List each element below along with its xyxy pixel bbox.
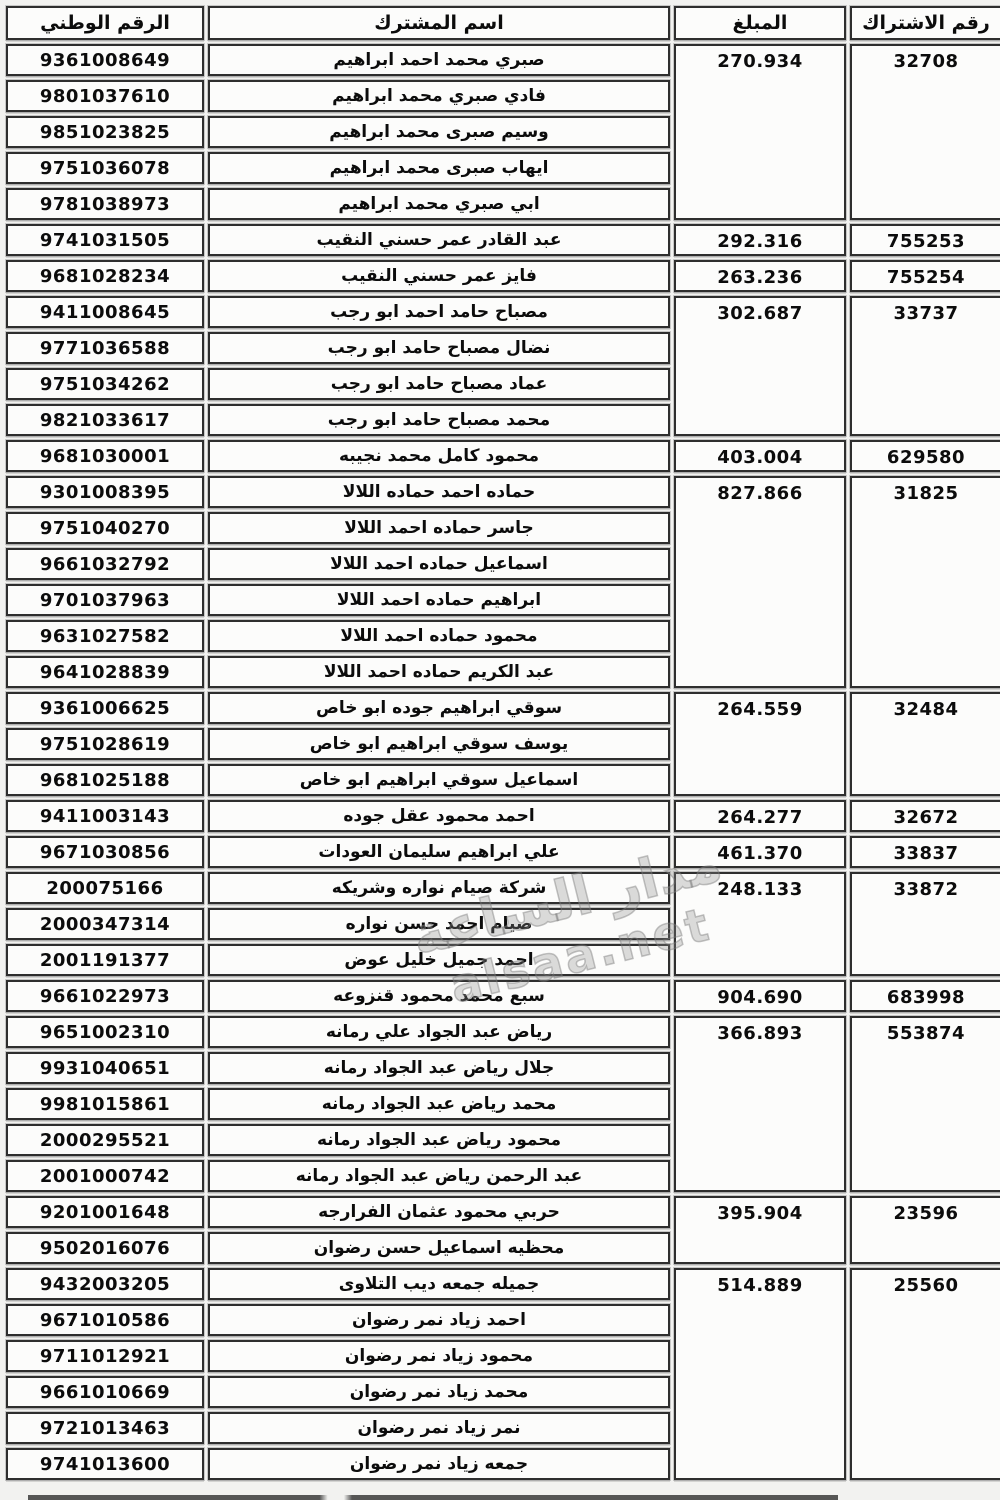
subscriber-name-cell: محظيه اسماعيل حسن رضوان [208, 1232, 670, 1264]
amount-cell: 395.904 [674, 1196, 846, 1264]
national-id-cell: 9661032792 [6, 548, 204, 580]
table-row: 32708270.934صبري محمد احمد ابراهيم936100… [6, 44, 1000, 76]
national-id-cell: 9741031505 [6, 224, 204, 256]
national-id-cell: 9502016076 [6, 1232, 204, 1264]
subscription-number-cell: 755254 [850, 260, 1000, 292]
subscriber-name-cell: محمود حماده احمد اللالا [208, 620, 670, 652]
national-id-cell: 9651002310 [6, 1016, 204, 1048]
subscriber-name-cell: عماد مصباح حامد ابو رجب [208, 368, 670, 400]
national-id-cell: 9671010586 [6, 1304, 204, 1336]
table-row: 755253292.316عبد القادر عمر حسني النقيب9… [6, 224, 1000, 256]
subscriber-name-cell: صيام احمد حسن نواره [208, 908, 670, 940]
national-id-cell: 9681025188 [6, 764, 204, 796]
national-id-cell: 9931040651 [6, 1052, 204, 1084]
national-id-cell: 9821033617 [6, 404, 204, 436]
national-id-cell: 9661022973 [6, 980, 204, 1012]
header-amount: المبلغ [674, 6, 846, 40]
table-header: رقم الاشتراك المبلغ اسم المشترك الرقم ال… [6, 6, 1000, 40]
amount-cell: 827.866 [674, 476, 846, 688]
table-row: 23596395.904حربي محمود عثمان الفرارجه920… [6, 1196, 1000, 1228]
subscription-number-cell: 31825 [850, 476, 1000, 688]
subscriber-name-cell: عبد الرحمن رياض عبد الجواد رمانه [208, 1160, 670, 1192]
table-row: 33872248.133شركة صيام نواره وشريكه200075… [6, 872, 1000, 904]
subscription-number-cell: 32672 [850, 800, 1000, 832]
national-id-cell: 9361006625 [6, 692, 204, 724]
amount-cell: 904.690 [674, 980, 846, 1012]
amount-cell: 270.934 [674, 44, 846, 220]
subscribers-table: رقم الاشتراك المبلغ اسم المشترك الرقم ال… [2, 2, 1000, 1484]
amount-cell: 366.893 [674, 1016, 846, 1192]
subscriber-name-cell: صبري محمد احمد ابراهيم [208, 44, 670, 76]
national-id-cell: 9411003143 [6, 800, 204, 832]
national-id-cell: 9771036588 [6, 332, 204, 364]
subscription-number-cell: 683998 [850, 980, 1000, 1012]
national-id-cell: 2000347314 [6, 908, 204, 940]
scan-artifact [28, 1495, 838, 1500]
national-id-cell: 9751036078 [6, 152, 204, 184]
table-row: 32672264.277احمد محمود عقل جوده941100314… [6, 800, 1000, 832]
subscription-number-cell: 629580 [850, 440, 1000, 472]
amount-cell: 264.559 [674, 692, 846, 796]
national-id-cell: 2001000742 [6, 1160, 204, 1192]
subscriber-name-cell: محمد مصباح حامد ابو رجب [208, 404, 670, 436]
table-row: 553874366.893رياض عبد الجواد علي رمانه96… [6, 1016, 1000, 1048]
amount-cell: 514.889 [674, 1268, 846, 1480]
subscription-number-cell: 553874 [850, 1016, 1000, 1192]
table-row: 629580403.004محمود كامل محمد نجيبه968103… [6, 440, 1000, 472]
national-id-cell: 9671030856 [6, 836, 204, 868]
subscriber-name-cell: اسماعيل حماده احمد اللالا [208, 548, 670, 580]
amount-cell: 461.370 [674, 836, 846, 868]
national-id-cell: 9201001648 [6, 1196, 204, 1228]
scanned-document-page: رقم الاشتراك المبلغ اسم المشترك الرقم ال… [0, 0, 1000, 1500]
subscription-number-cell: 33737 [850, 296, 1000, 436]
amount-cell: 302.687 [674, 296, 846, 436]
national-id-cell: 9801037610 [6, 80, 204, 112]
national-id-cell: 9681030001 [6, 440, 204, 472]
subscriber-name-cell: محمود زياد نمر رضوان [208, 1340, 670, 1372]
subscriber-name-cell: رياض عبد الجواد علي رمانه [208, 1016, 670, 1048]
subscriber-name-cell: فايز عمر حسني النقيب [208, 260, 670, 292]
subscriber-name-cell: مصباح حامد احمد ابو رجب [208, 296, 670, 328]
national-id-cell: 9301008395 [6, 476, 204, 508]
subscriber-name-cell: نمر زياد نمر رضوان [208, 1412, 670, 1444]
subscriber-name-cell: محمد رياض عبد الجواد رمانه [208, 1088, 670, 1120]
subscriber-name-cell: علي ابراهيم سليمان العودات [208, 836, 670, 868]
national-id-cell: 9981015861 [6, 1088, 204, 1120]
subscriber-name-cell: محمود رياض عبد الجواد رمانه [208, 1124, 670, 1156]
national-id-cell: 2000295521 [6, 1124, 204, 1156]
subscriber-name-cell: ايهاب صبرى محمد ابراهيم [208, 152, 670, 184]
subscriber-name-cell: جميله جمعه ديب التلاوى [208, 1268, 670, 1300]
header-subscriber-name: اسم المشترك [208, 6, 670, 40]
subscription-number-cell: 32708 [850, 44, 1000, 220]
subscriber-name-cell: احمد جميل خليل عوض [208, 944, 670, 976]
amount-cell: 248.133 [674, 872, 846, 976]
national-id-cell: 9432003205 [6, 1268, 204, 1300]
subscription-number-cell: 755253 [850, 224, 1000, 256]
subscriber-name-cell: محمود كامل محمد نجيبه [208, 440, 670, 472]
national-id-cell: 9781038973 [6, 188, 204, 220]
subscriber-name-cell: سوقي ابراهيم جوده ابو خاص [208, 692, 670, 724]
national-id-cell: 200075166 [6, 872, 204, 904]
table-body: 32708270.934صبري محمد احمد ابراهيم936100… [6, 44, 1000, 1480]
subscription-number-cell: 25560 [850, 1268, 1000, 1480]
national-id-cell: 9641028839 [6, 656, 204, 688]
amount-cell: 263.236 [674, 260, 846, 292]
national-id-cell: 2001191377 [6, 944, 204, 976]
table-row: 683998904.690سبع محمد محمود قنزوعه966102… [6, 980, 1000, 1012]
amount-cell: 292.316 [674, 224, 846, 256]
header-national-id: الرقم الوطني [6, 6, 204, 40]
subscriber-name-cell: عبد الكريم حماده احمد اللالا [208, 656, 670, 688]
subscriber-name-cell: احمد زياد نمر رضوان [208, 1304, 670, 1336]
national-id-cell: 9681028234 [6, 260, 204, 292]
national-id-cell: 9721013463 [6, 1412, 204, 1444]
subscription-number-cell: 32484 [850, 692, 1000, 796]
national-id-cell: 9851023825 [6, 116, 204, 148]
national-id-cell: 9411008645 [6, 296, 204, 328]
header-row: رقم الاشتراك المبلغ اسم المشترك الرقم ال… [6, 6, 1000, 40]
subscription-number-cell: 33872 [850, 872, 1000, 976]
subscriber-name-cell: نضال مصباح حامد ابو رجب [208, 332, 670, 364]
subscriber-name-cell: شركة صيام نواره وشريكه [208, 872, 670, 904]
subscriber-name-cell: جاسر حماده احمد اللالا [208, 512, 670, 544]
amount-cell: 264.277 [674, 800, 846, 832]
table-row: 25560514.889جميله جمعه ديب التلاوى943200… [6, 1268, 1000, 1300]
national-id-cell: 9661010669 [6, 1376, 204, 1408]
national-id-cell: 9361008649 [6, 44, 204, 76]
table-row: 33837461.370علي ابراهيم سليمان العودات96… [6, 836, 1000, 868]
subscriber-name-cell: يوسف سوقي ابراهيم ابو خاص [208, 728, 670, 760]
subscriber-name-cell: جمعه زياد نمر رضوان [208, 1448, 670, 1480]
national-id-cell: 9701037963 [6, 584, 204, 616]
subscriber-name-cell: جلال رياض عبد الجواد رمانه [208, 1052, 670, 1084]
subscriber-name-cell: عبد القادر عمر حسني النقيب [208, 224, 670, 256]
subscriber-name-cell: فادي صبري محمد ابراهيم [208, 80, 670, 112]
subscriber-name-cell: سبع محمد محمود قنزوعه [208, 980, 670, 1012]
subscription-number-cell: 23596 [850, 1196, 1000, 1264]
national-id-cell: 9751034262 [6, 368, 204, 400]
subscriber-name-cell: حماده احمد حماده اللالا [208, 476, 670, 508]
subscriber-name-cell: وسيم صبرى محمد ابراهيم [208, 116, 670, 148]
national-id-cell: 9741013600 [6, 1448, 204, 1480]
amount-cell: 403.004 [674, 440, 846, 472]
table-row: 31825827.866حماده احمد حماده اللالا93010… [6, 476, 1000, 508]
table-row: 33737302.687مصباح حامد احمد ابو رجب94110… [6, 296, 1000, 328]
subscriber-name-cell: محمد زياد نمر رضوان [208, 1376, 670, 1408]
table-row: 755254263.236فايز عمر حسني النقيب9681028… [6, 260, 1000, 292]
national-id-cell: 9631027582 [6, 620, 204, 652]
national-id-cell: 9751028619 [6, 728, 204, 760]
subscription-number-cell: 33837 [850, 836, 1000, 868]
national-id-cell: 9711012921 [6, 1340, 204, 1372]
header-subscription-number: رقم الاشتراك [850, 6, 1000, 40]
table-row: 32484264.559سوقي ابراهيم جوده ابو خاص936… [6, 692, 1000, 724]
subscriber-name-cell: حربي محمود عثمان الفرارجه [208, 1196, 670, 1228]
subscriber-name-cell: ابراهيم حماده احمد اللالا [208, 584, 670, 616]
subscriber-name-cell: احمد محمود عقل جوده [208, 800, 670, 832]
national-id-cell: 9751040270 [6, 512, 204, 544]
subscriber-name-cell: ابي صبري محمد ابراهيم [208, 188, 670, 220]
subscriber-name-cell: اسماعيل سوقي ابراهيم ابو خاص [208, 764, 670, 796]
